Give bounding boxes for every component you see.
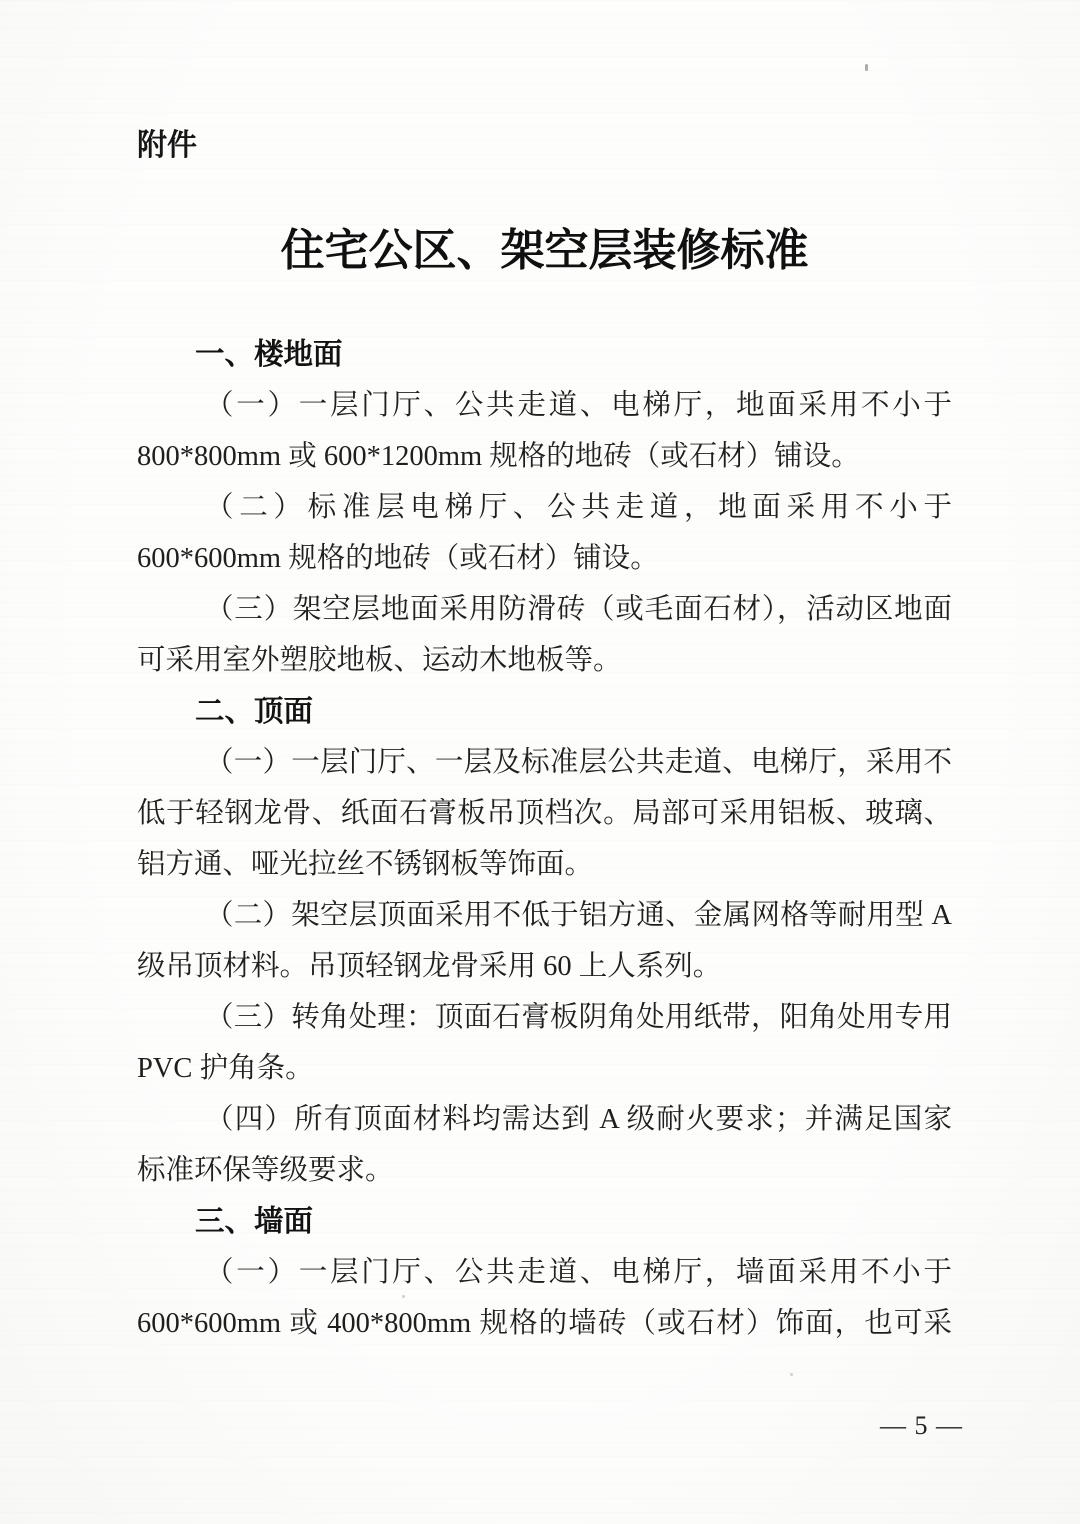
scan-artifact-speck <box>865 64 868 71</box>
text-line: PVC 护角条。 <box>137 1043 952 1094</box>
scan-artifact-speck <box>790 1373 793 1376</box>
text-line: 600*600mm 规格的地砖（或石材）铺设。 <box>137 533 952 584</box>
text-line: （一）一层门厅、公共走道、电梯厅，墙面采用不小于 <box>137 1247 952 1298</box>
attachment-label: 附件 <box>137 128 197 164</box>
text-line: （三）转角处理：顶面石膏板阴角处用纸带，阳角处用专用 <box>137 992 952 1043</box>
text-line: 铝方通、哑光拉丝不锈钢板等饰面。 <box>137 839 952 890</box>
page-number: — 5 — <box>137 1406 963 1446</box>
document-title: 住宅公区、架空层装修标准 <box>137 222 952 280</box>
text-line: （二）标准层电梯厅、公共走道，地面采用不小于 <box>137 482 952 533</box>
document-body: 一、楼地面（一）一层门厅、公共走道、电梯厅，地面采用不小于800*800mm 或… <box>137 329 952 1349</box>
text-line: （三）架空层地面采用防滑砖（或毛面石材），活动区地面 <box>137 584 952 635</box>
text-line: 800*800mm 或 600*1200mm 规格的地砖（或石材）铺设。 <box>137 431 952 482</box>
text-line: （四）所有顶面材料均需达到 A 级耐火要求；并满足国家 <box>137 1094 952 1145</box>
text-line: 可采用室外塑胶地板、运动木地板等。 <box>137 635 952 686</box>
text-line: （一）一层门厅、公共走道、电梯厅，地面采用不小于 <box>137 380 952 431</box>
text-line: 标准环保等级要求。 <box>137 1145 952 1196</box>
text-line: 级吊顶材料。吊顶轻钢龙骨采用 60 上人系列。 <box>137 941 952 992</box>
text-line: （二）架空层顶面采用不低于铝方通、金属网格等耐用型 A <box>137 890 952 941</box>
text-line: （一）一层门厅、一层及标准层公共走道、电梯厅，采用不 <box>137 737 952 788</box>
scan-artifact-speck <box>402 1295 405 1298</box>
section-heading: 一、楼地面 <box>137 329 952 380</box>
section-heading: 二、顶面 <box>137 686 952 737</box>
text-line: 低于轻钢龙骨、纸面石膏板吊顶档次。局部可采用铝板、玻璃、 <box>137 788 952 839</box>
text-line: 600*600mm 或 400*800mm 规格的墙砖（或石材）饰面，也可采 <box>137 1298 952 1349</box>
section-heading: 三、墙面 <box>137 1196 952 1247</box>
scanned-document-page: 附件 住宅公区、架空层装修标准 一、楼地面（一）一层门厅、公共走道、电梯厅，地面… <box>0 0 1080 1524</box>
